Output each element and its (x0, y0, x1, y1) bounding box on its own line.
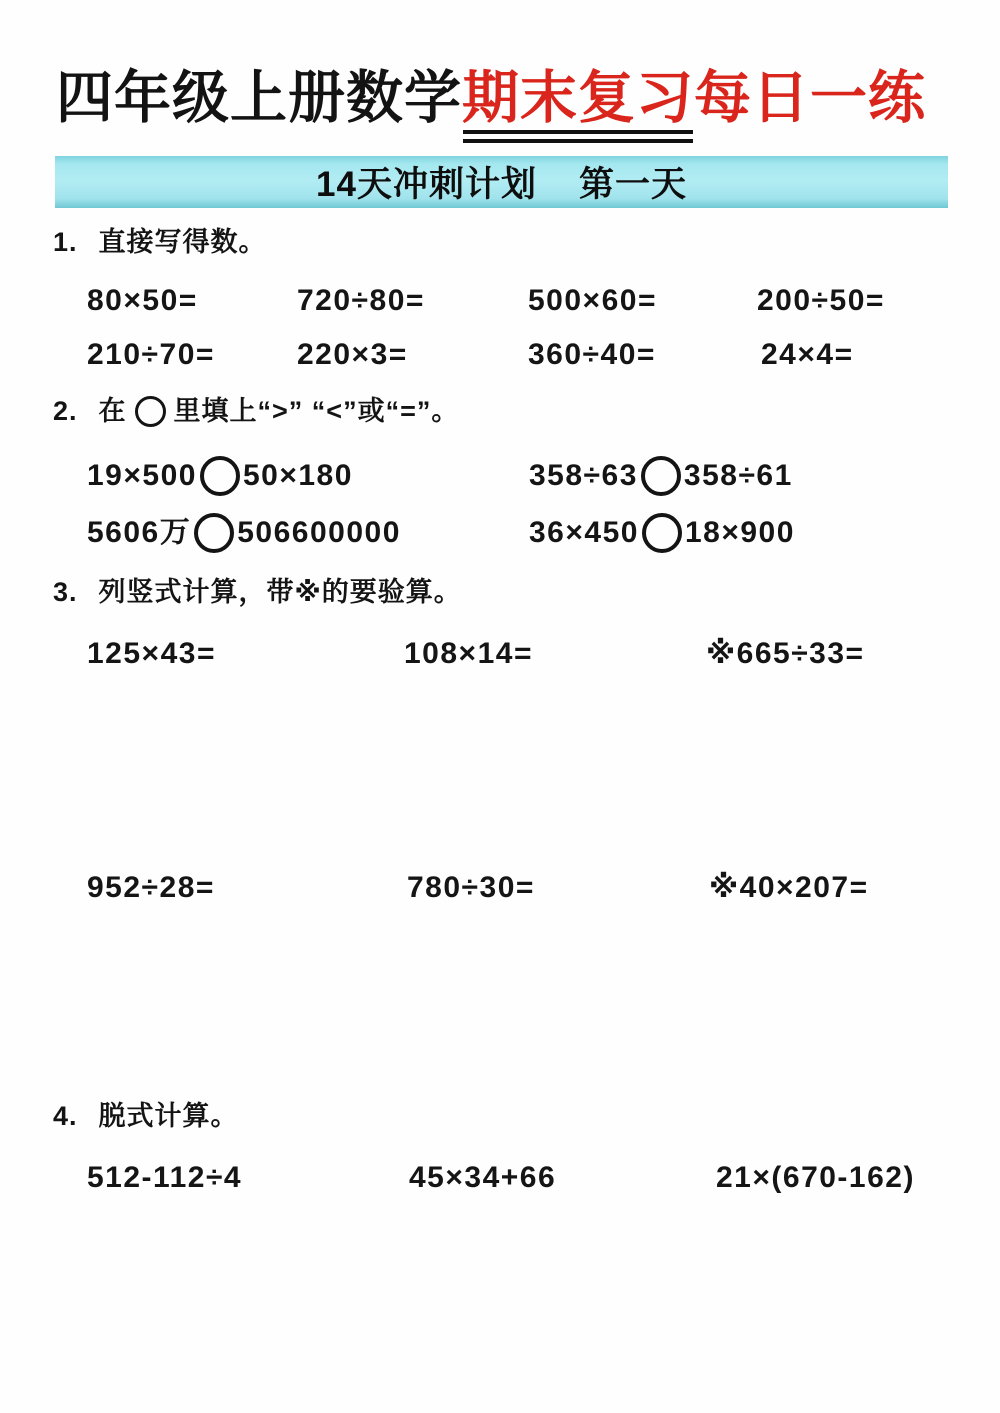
section-4-heading: 4.脱式计算。 (53, 1099, 239, 1133)
calc-expression: 720÷80= (297, 284, 425, 318)
calc-expression: 220×3= (297, 338, 408, 372)
calc-expression: 360÷40= (528, 338, 656, 372)
worksheet-page: 四年级上册数学期末复习每日一练 14天冲刺计划 第一天 1.直接写得数。 80×… (0, 0, 1000, 1413)
title-topic-underlined: 期末复习 (462, 62, 694, 134)
calc-expression: 210÷70= (87, 338, 215, 372)
page-title: 四年级上册数学期末复习每日一练 (56, 62, 926, 134)
section-3-heading: 3.列竖式计算，带※的要验算。 (53, 575, 462, 609)
section-3-number: 3. (53, 575, 78, 609)
section-1-title: 直接写得数。 (99, 227, 267, 257)
section-4-number: 4. (53, 1099, 78, 1133)
section-4-title: 脱式计算。 (99, 1101, 239, 1131)
blank-circle-icon (200, 456, 240, 496)
pair-left: 19×500 (87, 459, 197, 493)
comparison-pair: 5606万506600000 (87, 512, 401, 554)
calc-expression: 80×50= (87, 284, 198, 318)
banner-day-label: 第一天 (579, 157, 687, 207)
calc-expression: 108×14= (404, 637, 533, 671)
calc-expression: 500×60= (528, 284, 657, 318)
banner-plan-label: 14天冲刺计划 (316, 157, 537, 207)
calc-expression: 45×34+66 (409, 1161, 556, 1195)
comparison-pair: 19×50050×180 (87, 455, 353, 497)
blank-circle-icon (641, 456, 681, 496)
section-2-number: 2. (53, 394, 78, 428)
calc-expression: ※665÷33= (706, 637, 865, 671)
pair-right: 506600000 (237, 516, 401, 550)
blank-circle-icon (135, 396, 166, 427)
calc-expression: 780÷30= (407, 871, 535, 905)
calc-expression: 200÷50= (757, 284, 885, 318)
section-1-number: 1. (53, 225, 78, 259)
calc-expression: 24×4= (761, 338, 854, 372)
comparison-pair: 36×45018×900 (529, 512, 795, 554)
blank-circle-icon (194, 513, 234, 553)
section-1-heading: 1.直接写得数。 (53, 225, 267, 259)
pair-left: 36×450 (529, 516, 639, 550)
calc-expression: 512-112÷4 (87, 1161, 242, 1195)
title-topic-rest: 每日一练 (694, 66, 926, 130)
section-2-title: 在里填上“>” “<”或“=”。 (99, 396, 460, 426)
calc-expression: 21×(670-162) (716, 1161, 915, 1195)
title-course: 四年级上册数学 (56, 66, 462, 130)
calc-expression: 952÷28= (87, 871, 215, 905)
comparison-pair: 358÷63358÷61 (529, 455, 793, 497)
plan-banner: 14天冲刺计划 第一天 (55, 156, 948, 208)
pair-left: 358÷63 (529, 459, 638, 493)
blank-circle-icon (642, 513, 682, 553)
pair-right: 358÷61 (684, 459, 793, 493)
pair-right: 50×180 (243, 459, 353, 493)
calc-expression: ※40×207= (709, 871, 869, 905)
section-3-title: 列竖式计算，带※的要验算。 (99, 577, 462, 607)
calc-expression: 125×43= (87, 637, 216, 671)
pair-right: 18×900 (685, 516, 795, 550)
section-2-heading: 2.在里填上“>” “<”或“=”。 (53, 394, 459, 428)
pair-left: 5606万 (87, 516, 191, 550)
